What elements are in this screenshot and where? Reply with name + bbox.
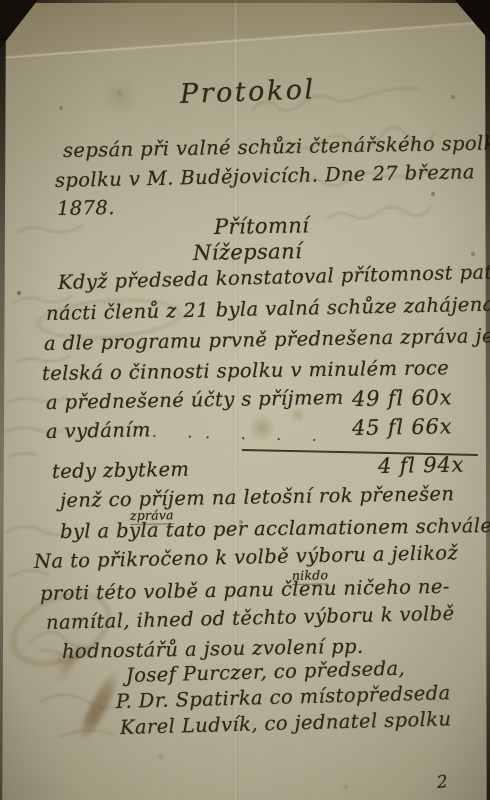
income-label: a přednešené účty s příjmem [46, 387, 344, 415]
scan-edge-left [0, 0, 6, 800]
expense-ditto-marks: · ·· · · · [152, 428, 330, 450]
body-line-4: telská o činnosti spolku v minulém roce [42, 357, 449, 385]
intro-year: 1878. [57, 197, 115, 220]
scanned-document-page: Protokol sepsán při valné schůzi čtenářs… [0, 0, 490, 800]
expense-amount: 45 fl 66x [352, 414, 453, 440]
document-title: Protokol [179, 74, 316, 110]
balance-label: tedy zbytkem [52, 459, 190, 484]
body2-line-4: proti této volbě a panu členu ničeho ne- [40, 576, 450, 606]
body-line-3: a dle programu prvně přednešena zpráva j… [44, 324, 490, 355]
intro-line-1: sepsán při valné schůzi čtenářského spol… [63, 132, 490, 162]
body2-line-1: jenž co příjem na letošní rok přenešen [60, 483, 455, 512]
body2-line-2: byl a byla tato per acclamationem schvál… [60, 515, 490, 544]
income-amount: 49 fl 60x [352, 385, 453, 411]
body-line-2: nácti členů z 21 byla valná schůze zaháj… [46, 293, 490, 325]
balance-amount: 4 fl 94x [378, 452, 465, 478]
intro-line-2: spolku v M. Budějovicích. Dne 27 března [55, 161, 475, 192]
attendance-subheading: Nížepsaní [193, 239, 303, 265]
body2-line-5: namítal, ihned od těchto výboru k volbě [46, 603, 455, 635]
attendance-heading: Přítomní [214, 213, 310, 239]
body2-line-3: Na to přikročeno k volbě výboru a jeliko… [34, 542, 459, 573]
body-line-1: Když předseda konstatoval přítomnost pat… [58, 261, 490, 294]
officer-line-3: Karel Ludvík, co jednatel spolku [120, 708, 452, 739]
expense-label: a vydáním [46, 419, 151, 443]
page-number: 2 [436, 773, 449, 794]
scan-edge-top [0, 0, 490, 3]
scan-edge-right [483, 0, 490, 800]
